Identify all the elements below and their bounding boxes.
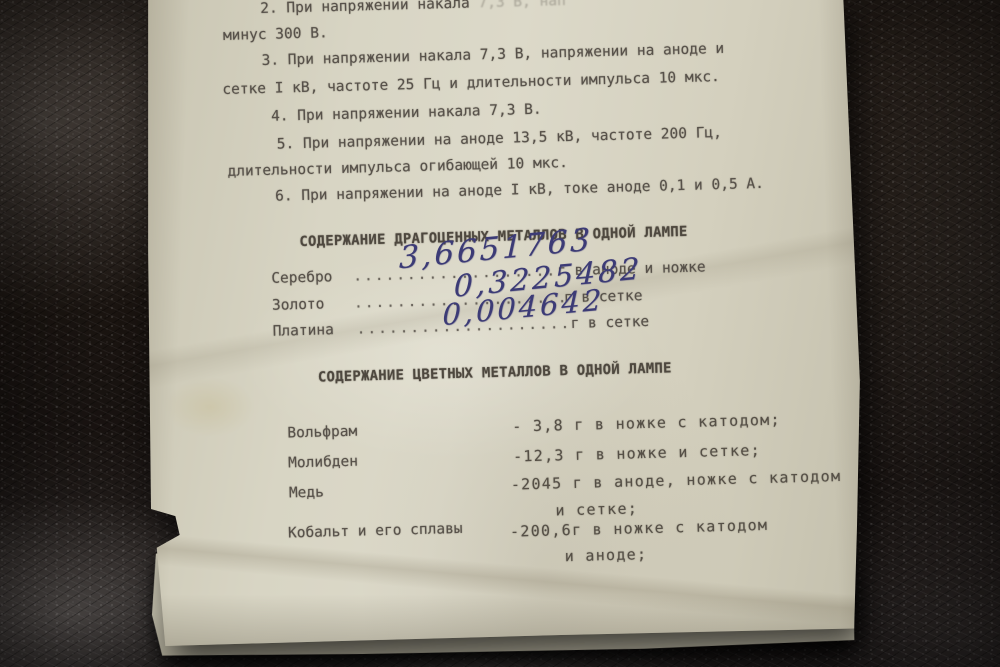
metal-amount-molybdenum: -12,3 г в ножке и сетке; xyxy=(513,441,761,465)
document-text: 2. При напряжении накала 7,3 В, нап мину… xyxy=(146,0,879,646)
metal-label: Серебро xyxy=(271,269,353,287)
typed-line-3: 3. При напряжении накала 7,3 В, напряжен… xyxy=(261,41,724,70)
typed-line-1: 2. При напряжении накала 7,3 В, нап xyxy=(260,0,566,18)
section-title-nonferrous-metals: СОДЕРЖАНИЕ ЦВЕТНЫХ МЕТАЛЛОВ В ОДНОЙ ЛАМП… xyxy=(318,360,672,385)
typed-line-7: длительности импульса огибающей 10 мкс. xyxy=(227,155,568,181)
typed-line-5: 4. При напряжении накала 7,3 В. xyxy=(271,102,542,126)
metal-amount-copper: -2045 г в аноде, ножке с катодом xyxy=(511,467,842,494)
typed-line-4: сетке I кВ, частоте 25 Гц и длительности… xyxy=(222,69,720,99)
paper-sheet: 2. При напряжении накала 7,3 В, нап мину… xyxy=(146,0,862,646)
metal-label-copper: Медь xyxy=(289,485,324,502)
photo: 2. При напряжении накала 7,3 В, нап мину… xyxy=(0,0,1000,667)
metal-amount-cobalt-line2: и аноде; xyxy=(564,545,647,565)
metal-label-tungsten: Вольфрам xyxy=(287,424,357,442)
paper-sheet-wrap: 2. При напряжении накала 7,3 В, нап мину… xyxy=(146,0,862,646)
typed-text: 2. При напряжении накала xyxy=(260,0,470,17)
metal-label-cobalt: Кобальт и его сплавы xyxy=(288,521,463,542)
typed-line-8: 6. При напряжении на аноде I кВ, токе ан… xyxy=(275,176,764,206)
metal-amount-copper-line2: и сетке; xyxy=(555,499,638,519)
metal-label: Платина xyxy=(273,322,357,340)
typed-line-2: минус 300 В. xyxy=(223,25,328,45)
metal-label-molybdenum: Молибден xyxy=(288,454,358,472)
metal-amount-tungsten: - 3,8 г в ножке с катодом; xyxy=(512,411,781,436)
typed-line-6: 5. При напряжении на аноде 13,5 кВ, част… xyxy=(277,125,723,154)
typed-text-faded: 7,3 В, нап xyxy=(478,0,566,11)
metal-amount-cobalt: -200,6г в ножке с катодом xyxy=(510,516,769,541)
metal-label: Золото xyxy=(272,296,354,314)
